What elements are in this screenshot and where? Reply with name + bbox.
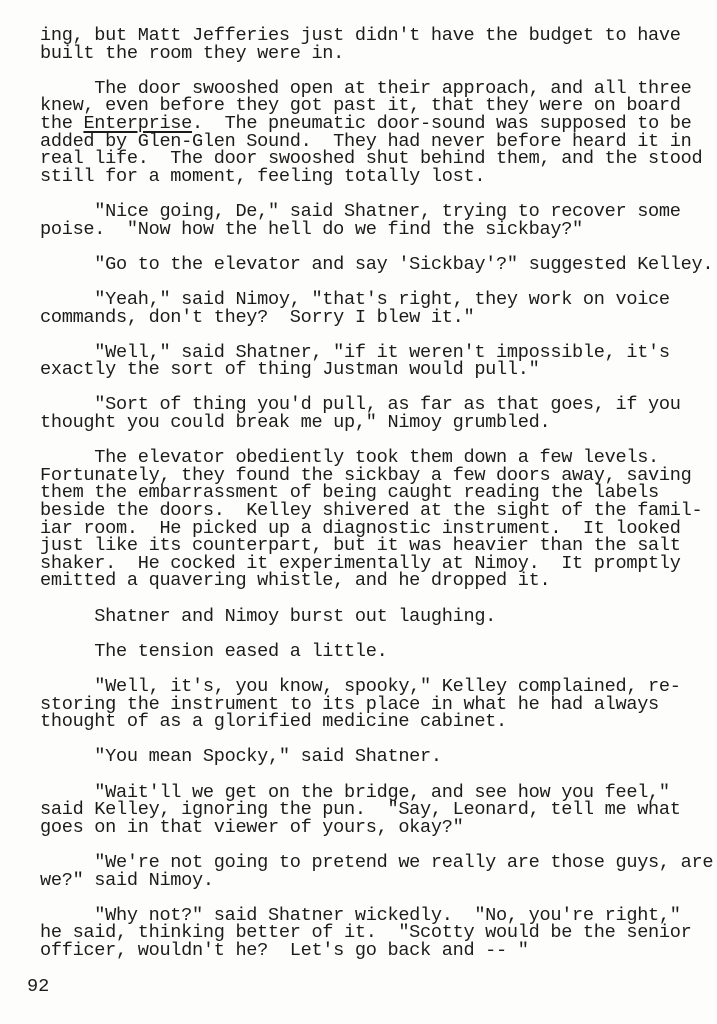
paragraph: The door swooshed open at their approach… (40, 80, 700, 186)
paragraph: "You mean Spocky," said Shatner. (40, 748, 700, 766)
paragraph: "Go to the elevator and say 'Sickbay'?" … (40, 256, 700, 274)
text-line: thought of as a glorified medicine cabin… (40, 713, 700, 731)
paragraph: The tension eased a little. (40, 643, 700, 661)
text-line: beside the doors. Kelley shivered at the… (40, 502, 700, 520)
text-line: we?" said Nimoy. (40, 872, 700, 890)
text-line: The tension eased a little. (40, 643, 700, 661)
paragraph: Shatner and Nimoy burst out laughing. (40, 608, 700, 626)
text-line: "Well, it's, you know, spooky," Kelley c… (40, 678, 700, 696)
paragraph: "Well," said Shatner, "if it weren't imp… (40, 344, 700, 379)
text-line: "You mean Spocky," said Shatner. (40, 748, 700, 766)
document-page: ing, but Matt Jefferies just didn't have… (0, 0, 717, 1024)
text-line: emitted a quavering whistle, and he drop… (40, 572, 700, 590)
text-line: "We're not going to pretend we really ar… (40, 854, 700, 872)
paragraph: "Well, it's, you know, spooky," Kelley c… (40, 678, 700, 731)
paragraph: "We're not going to pretend we really ar… (40, 854, 700, 889)
page-number: 92 (27, 976, 49, 997)
text-line: poise. "Now how the hell do we find the … (40, 221, 700, 239)
text-line: exactly the sort of thing Justman would … (40, 361, 700, 379)
text-line: the Enterprise. The pneumatic door-sound… (40, 115, 700, 133)
text-line: goes on in that viewer of yours, okay?" (40, 819, 700, 837)
text-line: "Yeah," said Nimoy, "that's right, they … (40, 291, 700, 309)
paragraph: ing, but Matt Jefferies just didn't have… (40, 27, 700, 62)
text-line: ing, but Matt Jefferies just didn't have… (40, 27, 700, 45)
paragraph: "Nice going, De," said Shatner, trying t… (40, 203, 700, 238)
text-line: officer, wouldn't he? Let's go back and … (40, 942, 700, 960)
text-line: Shatner and Nimoy burst out laughing. (40, 608, 700, 626)
paragraph: "Why not?" said Shatner wickedly. "No, y… (40, 907, 700, 960)
paragraph: The elevator obediently took them down a… (40, 449, 700, 590)
paragraph: "Wait'll we get on the bridge, and see h… (40, 784, 700, 837)
paragraph: "Sort of thing you'd pull, as far as tha… (40, 396, 700, 431)
paragraph: "Yeah," said Nimoy, "that's right, they … (40, 291, 700, 326)
page-body-text: ing, but Matt Jefferies just didn't have… (40, 27, 700, 977)
text-line: still for a moment, feeling totally lost… (40, 168, 700, 186)
text-line: thought you could break me up," Nimoy gr… (40, 414, 700, 432)
text-line: "Go to the elevator and say 'Sickbay'?" … (40, 256, 700, 274)
text-line: commands, don't they? Sorry I blew it." (40, 309, 700, 327)
text-line: built the room they were in. (40, 45, 700, 63)
text-line: "Nice going, De," said Shatner, trying t… (40, 203, 700, 221)
